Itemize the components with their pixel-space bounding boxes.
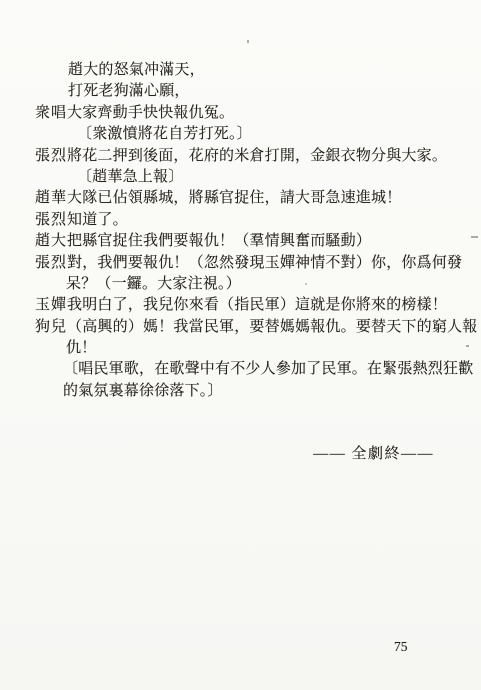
stage-direction: 的氣氛裏幕徐徐落下。〕 (63, 381, 223, 402)
speaker-name: 張烈 (35, 253, 67, 274)
dialogue-line: 把縣官捉住我們要報仇！（羣情興奮而騷動） (67, 231, 371, 252)
script-line-continuation: 的氣氛裏幕徐徐落下。〕 (35, 381, 449, 402)
scan-speck (466, 345, 469, 347)
dialogue-line: 仇！ (66, 338, 96, 359)
script-line: 〔趙華急上報〕 (35, 167, 449, 188)
script-line: 張烈 將花二押到後面，花府的米倉打開，金銀衣物分與大家。 (35, 146, 449, 167)
dialogue-line: 知道了。 (67, 210, 128, 231)
speaker-name: 衆唱 (35, 103, 67, 124)
verse-line: 趙大的怒氣冲滿天， (68, 60, 205, 81)
speaker-name (35, 167, 66, 188)
dialogue-line: 我明白了，我兒你來看（指民軍）這就是你將來的榜樣！ (67, 295, 447, 316)
dialogue-line: 大隊已佔領縣城，將縣官捉住，請大哥急速進城！ (67, 188, 401, 209)
end-of-play-mark: —— 全劇終—— (313, 442, 434, 463)
speaker-name (35, 124, 66, 145)
speaker-name: 趙大 (35, 231, 67, 252)
speaker-name: 趙華 (35, 188, 67, 209)
script-line: 打死老狗滿心願， (35, 81, 449, 102)
script-line: 趙華 大隊已佔領縣城，將縣官捉住，請大哥急速進城！ (35, 188, 449, 209)
dialogue-line: 大家齊動手快快報仇冤。 (67, 103, 234, 124)
script-line: 趙大 把縣官捉住我們要報仇！（羣情興奮而騷動） (35, 231, 449, 252)
speaker-name (35, 81, 66, 102)
scan-speck (305, 283, 307, 285)
script-line: 玉嬋 我明白了，我兒你來看（指民軍）這就是你將來的榜樣！ (35, 295, 449, 316)
dialogue-line: 將花二押到後面，花府的米倉打開，金銀衣物分與大家。 (67, 146, 447, 167)
script-line: 衆唱 大家齊動手快快報仇冤。 (35, 103, 449, 124)
script-line: 張烈 知道了。 (35, 210, 449, 231)
dialogue-line: （高興的）媽！我當民軍，要替媽媽報仇。要替天下的窮人報 (67, 317, 477, 338)
speaker-name (35, 338, 66, 359)
script-line-continuation: 仇！ (35, 338, 449, 359)
speaker-name (35, 359, 66, 380)
speaker-name: 玉嬋 (35, 295, 67, 316)
speaker-name: 張烈 (35, 210, 67, 231)
script-line: 〔唱民軍歌，在歌聲中有不少人參加了民軍。在緊張熱烈狂歡 (35, 359, 449, 380)
speaker-name (35, 274, 66, 295)
scanned-page: 趙大的怒氣冲滿天， 打死老狗滿心願， 衆唱 大家齊動手快快報仇冤。 〔衆激憤將花… (0, 0, 481, 690)
speaker-name (35, 60, 66, 81)
script-line: 狗兒 （高興的）媽！我當民軍，要替媽媽報仇。要替天下的窮人報 (35, 317, 449, 338)
speaker-name: 張烈 (35, 146, 67, 167)
script-line: 趙大的怒氣冲滿天， (35, 60, 449, 81)
script-line: 〔衆激憤將花自芳打死。〕 (35, 124, 449, 145)
dialogue-line: 對，我們要報仇！（忽然發現玉嬋神情不對）你，你爲何發 (67, 253, 462, 274)
script-line: 張烈 對，我們要報仇！（忽然發現玉嬋神情不對）你，你爲何發 (35, 253, 449, 274)
verse-line: 打死老狗滿心願， (68, 81, 190, 102)
stage-direction: 〔趙華急上報〕 (77, 167, 183, 188)
page-number: 75 (394, 639, 408, 655)
scan-speck (247, 40, 249, 43)
speaker-name: 狗兒 (35, 317, 67, 338)
script-text-block: 趙大的怒氣冲滿天， 打死老狗滿心願， 衆唱 大家齊動手快快報仇冤。 〔衆激憤將花… (35, 60, 449, 402)
script-line-continuation: 呆？（一鑼。大家注視。） (35, 274, 449, 295)
stage-direction: 〔衆激憤將花自芳打死。〕 (77, 124, 252, 145)
dialogue-line: 呆？（一鑼。大家注視。） (66, 274, 241, 295)
speaker-name (35, 381, 66, 402)
scan-speck (471, 236, 478, 238)
stage-direction: 〔唱民軍歌，在歌聲中有不少人參加了民軍。在緊張熱烈狂歡 (63, 359, 473, 380)
